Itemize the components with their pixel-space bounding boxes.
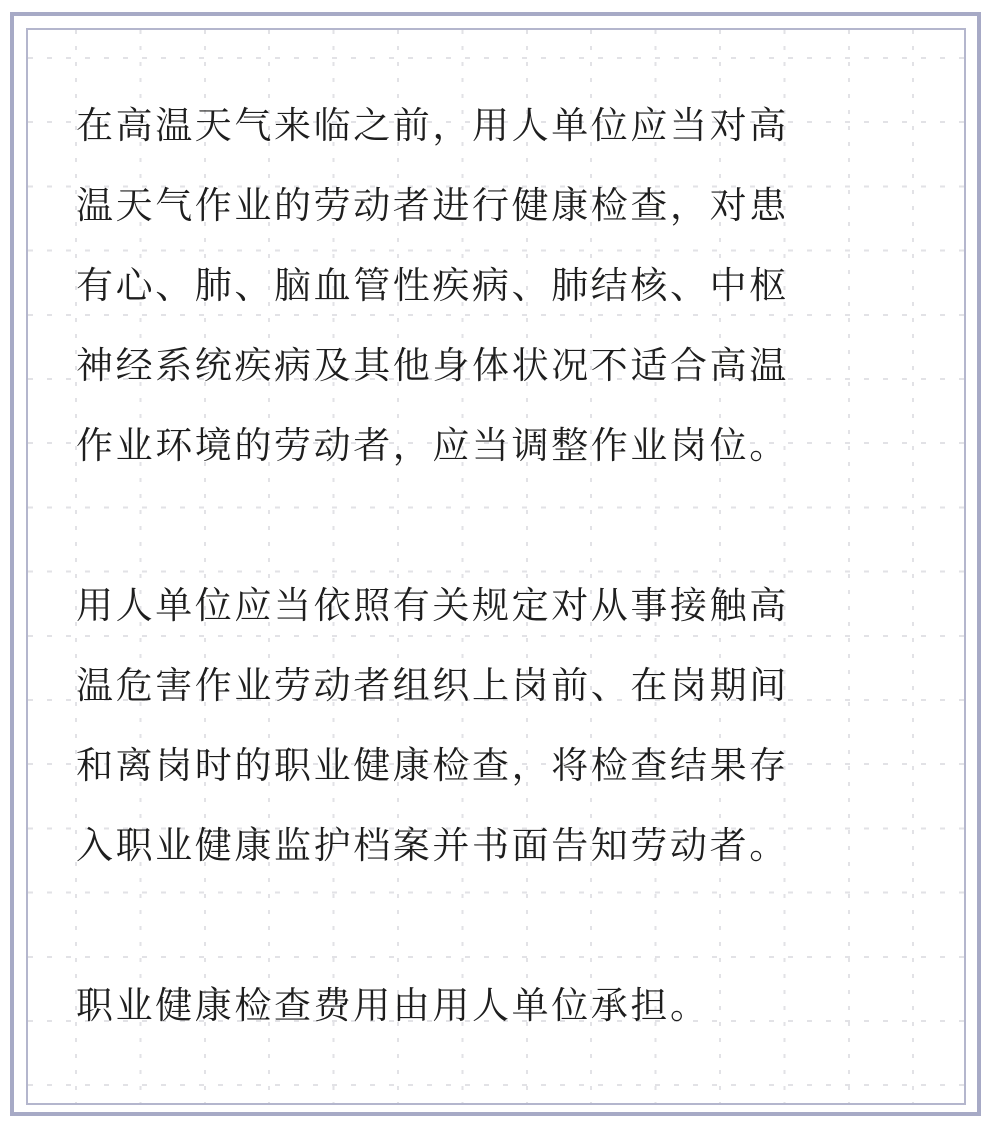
paragraph-occupational-health-exams: 用人单位应当依照有关规定对从事接触高 温危害作业劳动者组织上岗前、在岗期间 和离… (76, 566, 936, 886)
text-line: 和离岗时的职业健康检查，将检查结果存 (76, 726, 936, 806)
page: 在高温天气来临之前，用人单位应当对高 温天气作业的劳动者进行健康检查，对患 有心… (0, 0, 991, 1127)
text-line: 在高温天气来临之前，用人单位应当对高 (76, 86, 936, 166)
document-body: 在高温天气来临之前，用人单位应当对高 温天气作业的劳动者进行健康检查，对患 有心… (76, 86, 936, 1046)
text-line: 作业环境的劳动者，应当调整作业岗位。 (76, 406, 936, 486)
paragraph-exam-cost: 职业健康检查费用由用人单位承担。 (76, 966, 936, 1046)
text-line: 温天气作业的劳动者进行健康检查，对患 (76, 166, 936, 246)
text-line: 神经系统疾病及其他身体状况不适合高温 (76, 326, 936, 406)
text-line: 入职业健康监护档案并书面告知劳动者。 (76, 806, 936, 886)
text-line: 职业健康检查费用由用人单位承担。 (76, 966, 936, 1046)
text-line: 温危害作业劳动者组织上岗前、在岗期间 (76, 646, 936, 726)
paragraph-health-check-before-heat: 在高温天气来临之前，用人单位应当对高 温天气作业的劳动者进行健康检查，对患 有心… (76, 86, 936, 486)
text-line: 用人单位应当依照有关规定对从事接触高 (76, 566, 936, 646)
text-line: 有心、肺、脑血管性疾病、肺结核、中枢 (76, 246, 936, 326)
inner-frame-card: 在高温天气来临之前，用人单位应当对高 温天气作业的劳动者进行健康检查，对患 有心… (26, 28, 966, 1105)
